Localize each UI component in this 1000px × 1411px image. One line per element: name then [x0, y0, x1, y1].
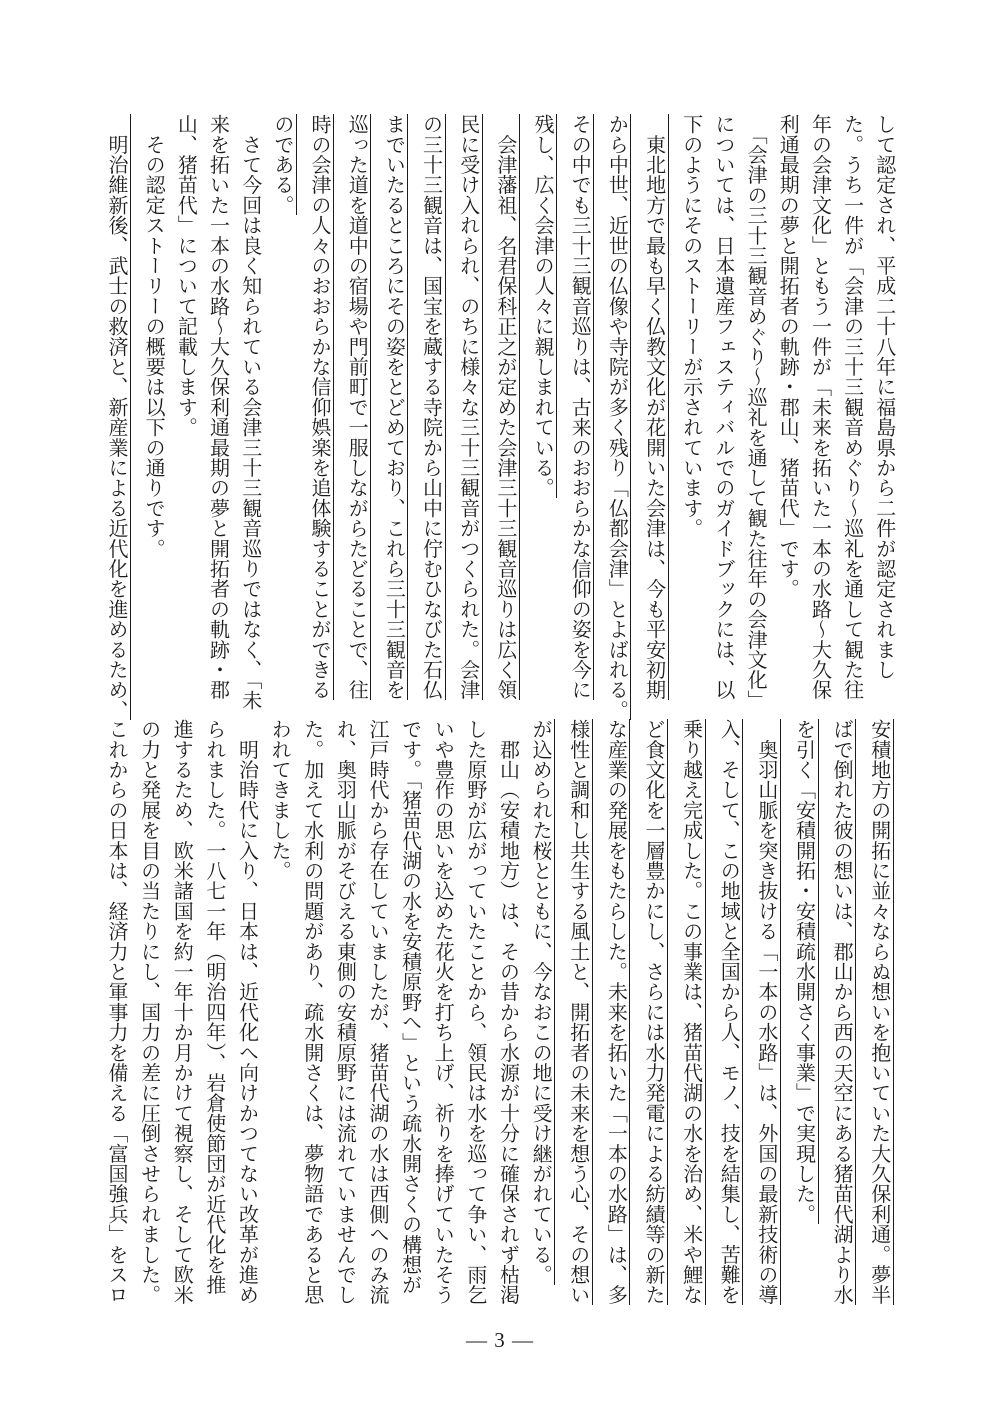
text-column-quoted: までいたるところにその姿をとどめており、これら三十三観音を — [383, 114, 408, 700]
text-column: して認定され、平成二十八年に福島県から二件が認定されまし — [874, 114, 894, 680]
text-column-quoted: 明治維新後、武士の救済と、新産業による近代化を進めるため、 — [106, 114, 131, 720]
text-column-quoted: から中世、近世の仏像や寺院が多く残り「仏都会津」とよばれる。 — [606, 114, 631, 720]
text-column-quoted: 会津藩祖、名君保科正之が定めた会津三十三観音巡りは広く領 — [495, 114, 520, 700]
text-column-quoted: 時の会津の人々のおおらかな信仰娯楽を追体験することができる — [309, 114, 334, 700]
text-column: 明治時代に入り、日本は、近代化へ向けかつてない改革が進め — [237, 719, 257, 1305]
text-column: れ、奥羽山脈がそびえる東側の安積原野には流れていませんでし — [334, 719, 354, 1305]
text-column: さて今回は良く知られている会津三十三観音巡りではなく、「未 — [240, 114, 260, 710]
text-column: 郡山（安積地方）は、その昔から水源が十分に確保されず枯渇 — [498, 719, 518, 1305]
text-column: 年の会津文化」ともう一件が「未来を拓いた一本の水路〜大久保 — [809, 114, 829, 700]
text-column: われてきました。 — [269, 719, 289, 881]
text-column: た。うち一件が「会津の三十三観音めぐり〜巡礼を通して観た往 — [842, 114, 862, 700]
text-column-quoted: の三十三観音は、国宝を蔵する寺院から山中に佇むひなびた石仏 — [421, 114, 446, 700]
text-column-quoted: 巡った道を道中の宿場や門前町で一服しながらたどることで、往 — [346, 114, 371, 700]
text-column: 江戸時代から存在していましたが、猪苗代湖の水は西側へのみ流 — [367, 719, 387, 1305]
text-column: です。「猪苗代湖の水を安積原野へ」という疏水開さくの構想が — [400, 719, 420, 1295]
text-column: 「会津の三十三観音めぐり〜巡礼を通して観た往年の会津文化」 — [745, 114, 765, 710]
text-band-bottom: 安積地方の開拓に並々ならぬ想いを抱いていた大久保利通。夢半ばで倒れた彼の想いは、… — [106, 719, 894, 1319]
text-column-quoted: ばで倒れた彼の想いは、郡山から西の天空にある猪苗代湖より水 — [831, 719, 856, 1305]
text-column-quoted: 奥羽山脈を突き抜ける「一本の水路」は、外国の最新技術の導 — [756, 719, 781, 1305]
text-column-quoted: 東北地方で最も早く仏教文化が花開いた会津は、今も平安初期 — [644, 114, 669, 700]
document-page: して認定され、平成二十八年に福島県から二件が認定されました。うち一件が「会津の三… — [0, 0, 1000, 1411]
text-column-quoted: 安積地方の開拓に並々ならぬ想いを抱いていた大久保利通。夢半 — [869, 719, 894, 1305]
text-column-quoted: ど食文化を一層豊かにし、さらには水力発電による紡績等の新た — [643, 719, 668, 1305]
text-column: 利通最期の夢と開拓者の軌跡・郡山、猪苗代」です。 — [777, 114, 797, 599]
page-number: — 3 — — [0, 1328, 1000, 1353]
text-column: た。加えて水利の問題があり、疏水開さくは、夢物語であると思 — [302, 719, 322, 1305]
text-column: 下のようにそのストーリーが示されています。 — [681, 114, 701, 538]
text-column-quoted: 乗り越え完成した。この事業は、猪苗代湖の水を治め、米や鯉な — [681, 719, 706, 1305]
text-column: られました。一八七一年（明治四年）、岩倉使節団が近代化を推 — [204, 719, 224, 1295]
text-column-quoted: を引く「安積開拓・安積疏水開さく事業」で実現した。 — [794, 719, 819, 1224]
text-column: 進するため、欧米諸国を約一年十か月かけて視察し、そして欧米 — [171, 719, 191, 1305]
text-column: については、日本遺産フェスティバルでのガイドブックには、以 — [713, 114, 733, 700]
text-column-quoted: が込められた桜とともに、今なおこの地に受け継がれている。 — [530, 719, 555, 1285]
text-column: の力と発展を目の当たりにし、国力の差に圧倒させられました。 — [139, 719, 159, 1305]
text-column-quoted: 民に受け入れられ、のちに様々な三十三観音がつくられた。会津 — [458, 114, 483, 700]
text-column-quoted: 様性と調和し共生する風土と、開拓者の未来を想う心、その想い — [568, 719, 593, 1305]
text-column: 来を拓いた一本の水路〜大久保利通最期の夢と開拓者の軌跡・郡 — [208, 114, 228, 700]
text-column-quoted: 残し、広く会津の人々に親しまれている。 — [532, 114, 557, 498]
text-column-quoted: 入、そして、この地域と全国から人、モノ、技を結集し、苦難を — [718, 719, 743, 1305]
text-column: いや豊作の思いを込めた花火を打ち上げ、祈りを捧げていたそう — [432, 719, 452, 1305]
text-column-quoted: のである。 — [272, 114, 297, 215]
text-column-quoted: その中でも三十三観音巡りは、古来のおおらかな信仰の姿を今に — [569, 114, 594, 700]
text-band-top: して認定され、平成二十八年に福島県から二件が認定されました。うち一件が「会津の三… — [106, 114, 894, 714]
text-column-quoted: な産業の発展をもたらした。未来を拓いた「一本の水路」は、多 — [605, 719, 630, 1305]
text-column: した原野が広がっていたことから、領民は水を巡って争い、雨乞 — [465, 719, 485, 1305]
text-column: その認定ストーリーの概要は以下の通りです。 — [143, 114, 163, 558]
text-column: 山、猪苗代」について記載します。 — [175, 114, 195, 437]
text-column: これからの日本は、経済力と軍事力を備える「富国強兵」をスロ — [106, 719, 126, 1305]
